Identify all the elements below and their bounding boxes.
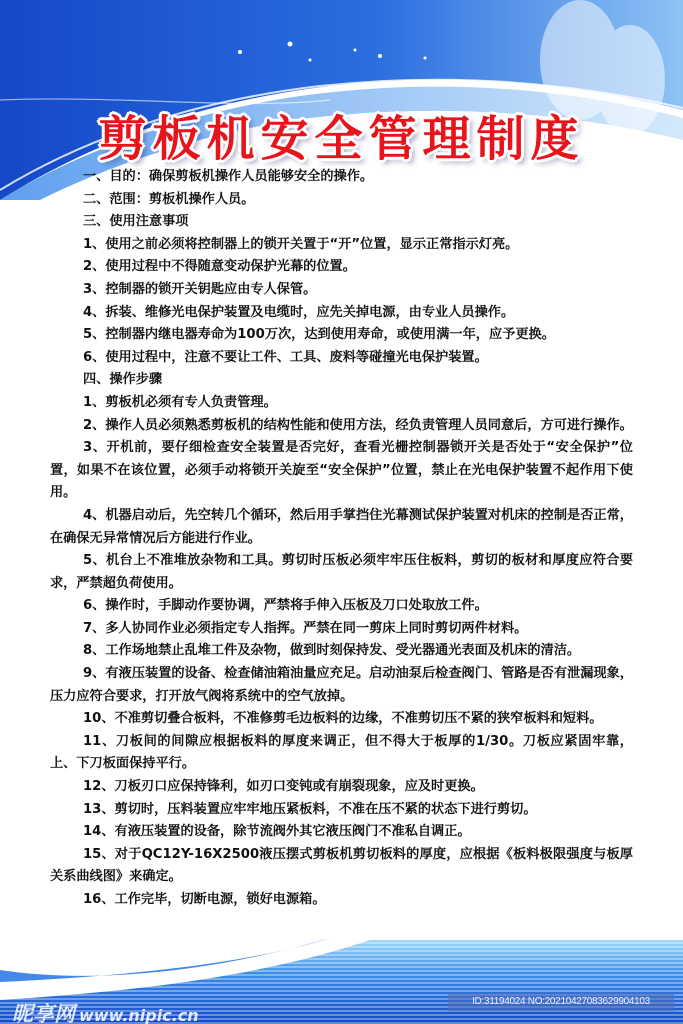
watermark-url: www.nipic.cn <box>79 1006 199 1024</box>
step-item: 1、剪板机必须有专人负责管理。 <box>50 392 633 415</box>
section-heading-usage-notes: 三、使用注意事项 <box>50 211 633 234</box>
regulation-body: 一、目的：确保剪板机操作人员能够安全的操作。 二、范围：剪板机操作人员。 三、使… <box>50 166 633 912</box>
step-item: 14、有液压装置的设备，除节流阀外其它液压阀门不准私自调正。 <box>50 821 633 844</box>
step-item: 4、机器启动后，先空转几个循环，然后用手掌挡住光幕测试保护装置对机床的控制是否正… <box>50 505 633 550</box>
watermark-id: ID:31194024 NO:20210427083629904103 <box>448 993 674 1011</box>
step-item: 7、多人协同作业必须指定专人指挥。严禁在同一剪床上同时剪切两件材料。 <box>50 618 633 641</box>
step-item: 16、工作完毕，切断电源，锁好电源箱。 <box>50 889 633 912</box>
page-title: 剪板机安全管理制度 <box>0 100 683 169</box>
usage-item: 3、控制器的锁开关钥匙应由专人保管。 <box>50 279 633 302</box>
usage-item: 1、使用之前必须将控制器上的锁开关置于“开”位置，显示正常指示灯亮。 <box>50 234 633 257</box>
section-heading-operation-steps: 四、操作步骤 <box>50 369 633 392</box>
step-item: 6、操作时，手脚动作要协调，严禁将手伸入压板及刀口处取放工件。 <box>50 595 633 618</box>
watermark-brand: 昵享网www.nipic.cn <box>12 998 199 1024</box>
section-scope: 二、范围：剪板机操作人员。 <box>50 189 633 212</box>
step-item: 15、对于QC12Y-16X2500液压摆式剪板机剪切板料的厚度，应根据《板料极… <box>50 844 633 889</box>
usage-item: 2、使用过程中不得随意变动保护光幕的位置。 <box>50 256 633 279</box>
usage-item: 6、使用过程中，注意不要让工件、工具、废料等碰撞光电保护装置。 <box>50 347 633 370</box>
step-item: 10、不准剪切叠合板料，不准修剪毛边板料的边缘，不准剪切压不紧的狭窄板料和短料。 <box>50 708 633 731</box>
step-item: 9、有液压装置的设备、检查储油箱油量应充足。启动油泵后检查阀门、管路是否有泄漏现… <box>50 663 633 708</box>
step-item: 3、开机前，要仔细检查安全装置是否完好，查看光栅控制器锁开关是否处于“安全保护”… <box>50 437 633 505</box>
step-item: 13、剪切时，压料装置应牢牢地压紧板料，不准在压不紧的状态下进行剪切。 <box>50 799 633 822</box>
watermark-brand-name: 昵享网 <box>12 1002 75 1024</box>
step-item: 11、刀板间的间隙应根据板料的厚度来调正，但不得大于板厚的1/30。刀板应紧固牢… <box>50 731 633 776</box>
step-item: 12、刀板刃口应保持锋利，如刃口变钝或有崩裂现象，应及时更换。 <box>50 776 633 799</box>
section-purpose: 一、目的：确保剪板机操作人员能够安全的操作。 <box>50 166 633 189</box>
step-item: 5、机台上不准堆放杂物和工具。剪切时压板必须牢牢压住板料，剪切的板材和厚度应符合… <box>50 550 633 595</box>
usage-item: 4、拆装、维修光电保护装置及电缆时，应先关掉电源，由专业人员操作。 <box>50 302 633 325</box>
step-item: 8、工作场地禁止乱堆工件及杂物，做到时刻保持发、受光器通光表面及机床的清洁。 <box>50 640 633 663</box>
usage-item: 5、控制器内继电器寿命为100万次，达到使用寿命，或使用满一年，应予更换。 <box>50 324 633 347</box>
step-item: 2、操作人员必须熟悉剪板机的结构性能和使用方法，经负责管理人员同意后，方可进行操… <box>50 415 633 438</box>
